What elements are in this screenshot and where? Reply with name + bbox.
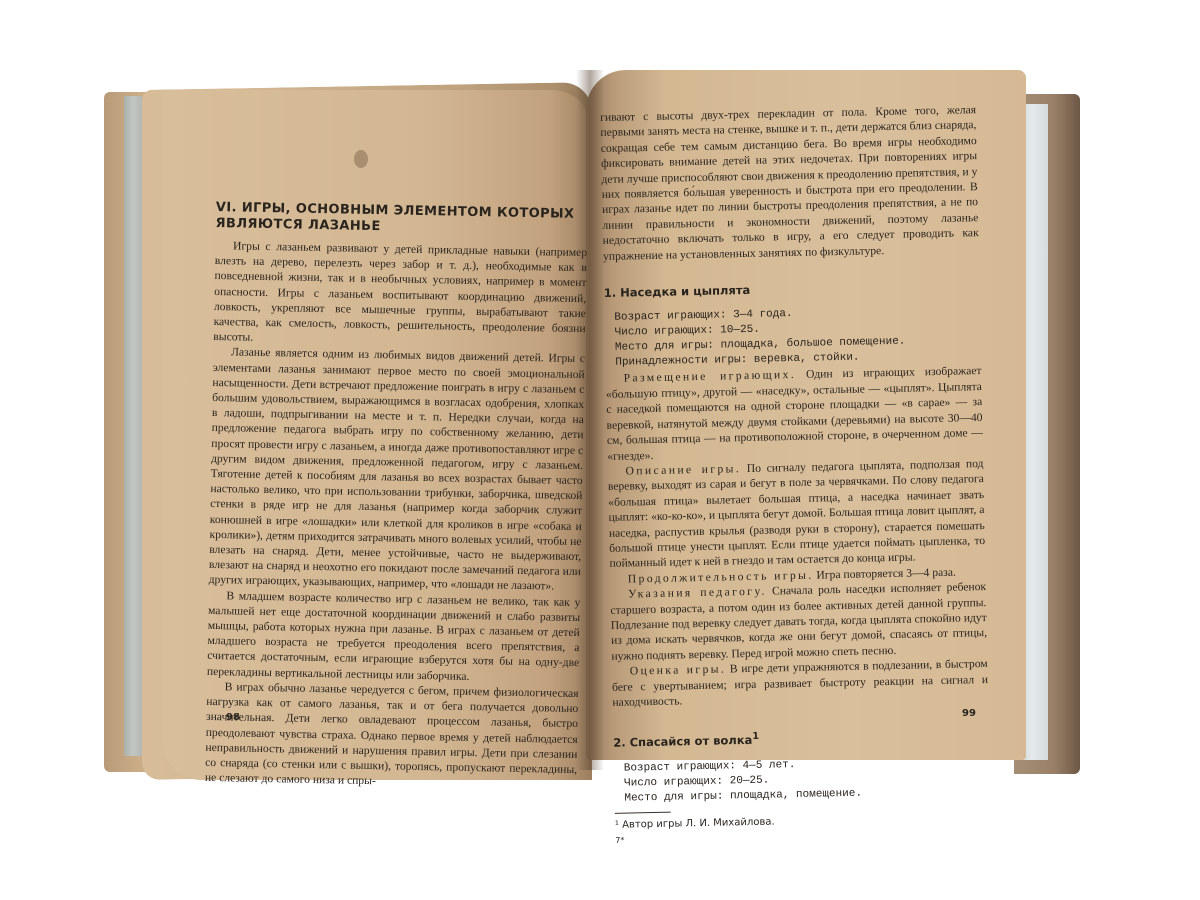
- game-section: Описание игры. По сигналу педагога цыпля…: [607, 456, 985, 572]
- section-label: Указания педагогу.: [628, 585, 767, 601]
- page-number-left: 98: [226, 712, 240, 723]
- game-section: Оценка игры. В игре дети упражняются в п…: [612, 656, 989, 710]
- page-number-right: 99: [962, 708, 976, 719]
- paragraph: В младшем возрасте количество игр с лаза…: [207, 588, 581, 686]
- section-label: Оценка игры.: [630, 663, 727, 678]
- cover-endpaper-left: [124, 96, 142, 756]
- footnote-mark: 1: [752, 731, 759, 742]
- paragraph: Лазанье является одним из любимых видов …: [209, 344, 586, 594]
- footnote-divider: [615, 811, 671, 813]
- game-title-text: 2. Спасайся от волка: [613, 733, 752, 750]
- game-section: Указания педагогу. Сначала роль наседки …: [610, 579, 988, 664]
- continuation-paragraph: гивают с высоты двух-трех перекладин от …: [600, 102, 979, 264]
- section-label: Размещение играющих.: [623, 368, 796, 385]
- chapter-title: VI. Игры, основным элементом которых явл…: [215, 200, 588, 239]
- left-page-text: VI. Игры, основным элементом которых явл…: [205, 200, 588, 792]
- game-title-1: 1. Наседка и цыплята: [604, 278, 980, 301]
- section-label: Описание игры.: [625, 462, 741, 477]
- section-text: Игра повторяется 3—4 раза.: [813, 565, 956, 581]
- game-title-2: 2. Спасайся от волка1: [613, 724, 989, 751]
- page-stain: [354, 150, 368, 168]
- right-page-text: гивают с высоты двух-трех перекладин от …: [600, 102, 991, 848]
- paragraph: Игры с лазаньем развивают у детей прикла…: [213, 238, 587, 352]
- game-section: Размещение играющих. Один из играющих из…: [605, 364, 983, 464]
- paragraph: В играх обычно лазанье чередуется с бего…: [205, 679, 579, 793]
- open-book: VI. Игры, основным элементом которых явл…: [0, 0, 1200, 900]
